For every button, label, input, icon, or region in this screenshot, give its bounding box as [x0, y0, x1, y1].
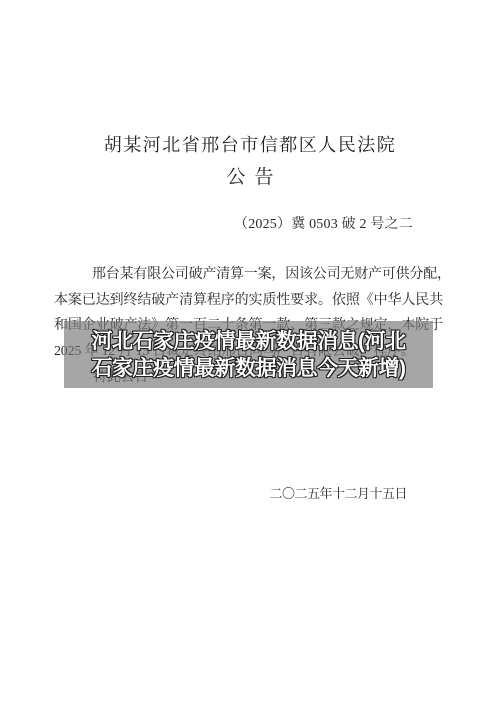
document-title: 公告: [0, 162, 500, 189]
court-announcement-document: 胡某河北省邢台市信都区人民法院 公告 （2025）冀 0503 破 2 号之二 …: [0, 0, 500, 706]
body-line-2: 本案已达到终结破产清算程序的实质性要求。依照《中华人民共: [54, 288, 443, 314]
seo-overlay-line-1: 河北石家庄疫情最新数据消息(河北: [92, 328, 406, 355]
seo-overlay-line-2: 石家庄疫情最新数据消息今天新增): [92, 355, 406, 382]
court-name-heading: 胡某河北省邢台市信都区人民法院: [0, 131, 500, 157]
seo-text-overlay: 河北石家庄疫情最新数据消息(河北 石家庄疫情最新数据消息今天新增): [64, 321, 433, 388]
case-number: （2025）冀 0503 破 2 号之二: [234, 213, 413, 233]
body-line-1: 邢台某有限公司破产清算一案，因该公司无财产可供分配，: [54, 262, 443, 288]
document-date: 二〇二五年十二月十五日: [269, 483, 407, 502]
